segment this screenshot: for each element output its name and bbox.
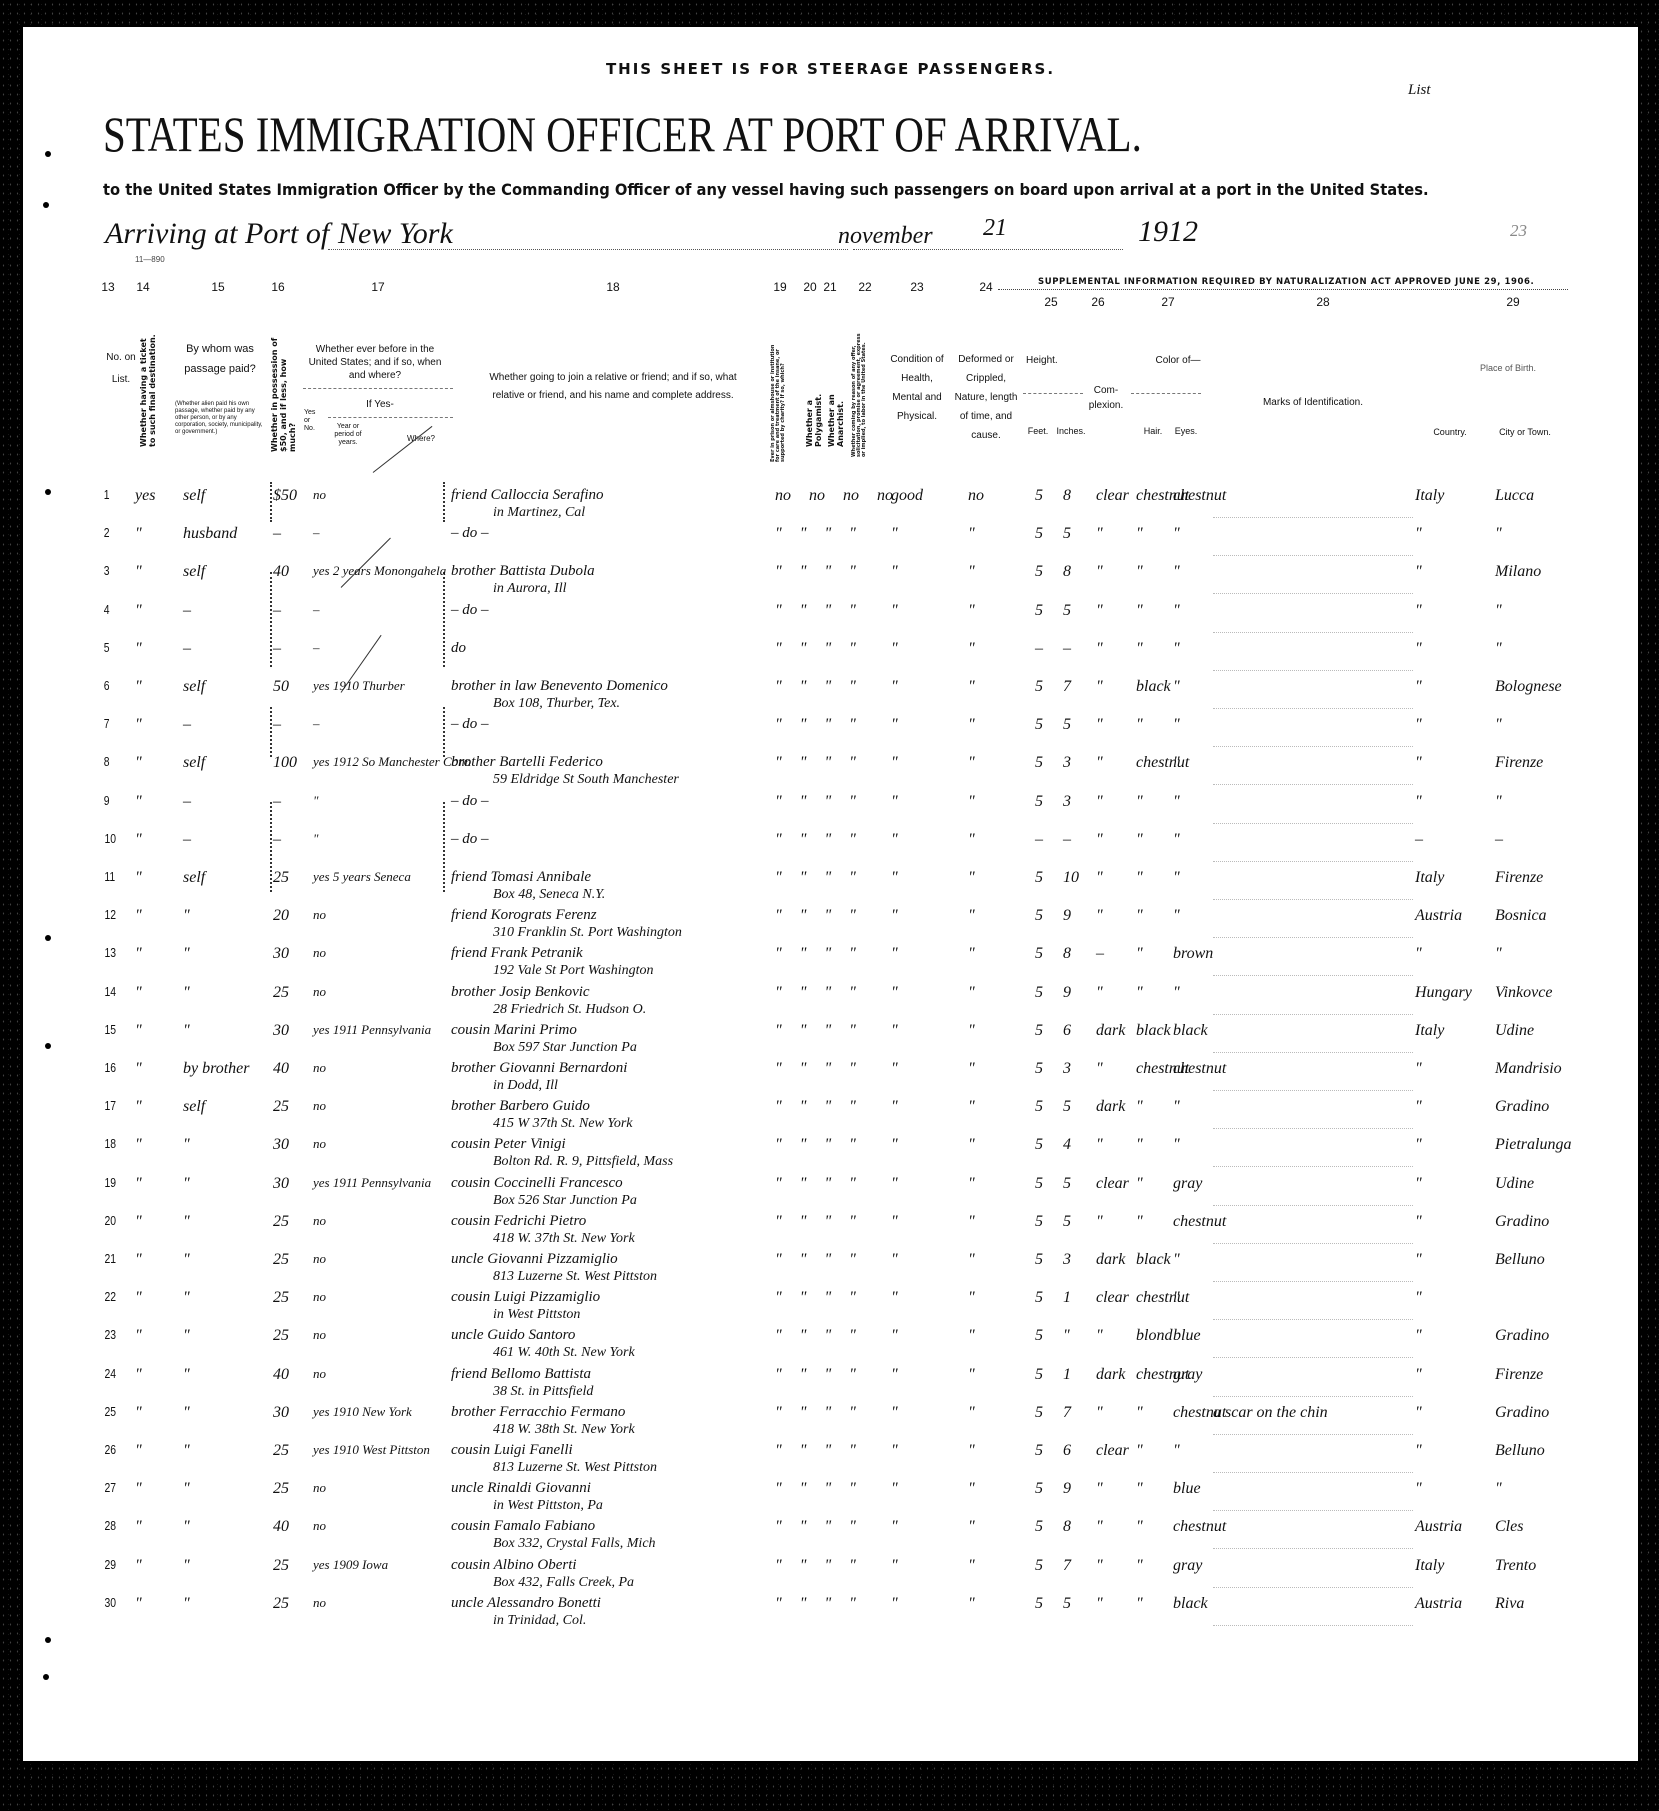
cell-health: " bbox=[891, 525, 898, 543]
table-row: 12""20nofriend Korograts Ferenz" " " """… bbox=[23, 907, 1638, 945]
cell-inches: 5 bbox=[1063, 1175, 1071, 1193]
row-rule bbox=[1213, 823, 1413, 825]
column-number: 23 bbox=[910, 280, 923, 294]
cell-hair: " bbox=[1136, 716, 1143, 734]
cell-join: – do – bbox=[451, 602, 489, 619]
cell-hair: " bbox=[1136, 1480, 1143, 1498]
cell-join-address: 38 St. in Pittsfield bbox=[493, 1384, 593, 1400]
cell-health: " bbox=[891, 1213, 898, 1231]
cell-deformed: " bbox=[968, 1480, 975, 1498]
cell-money: 20 bbox=[273, 907, 289, 925]
cell-hair: " bbox=[1136, 1442, 1143, 1460]
cell-eyes: " bbox=[1173, 525, 1180, 543]
cell-eyes: " bbox=[1173, 793, 1180, 811]
cell-health: " bbox=[891, 1595, 898, 1613]
cell-inches: " bbox=[1063, 1327, 1070, 1345]
cell-complexion: clear bbox=[1096, 487, 1129, 505]
cell-paid: – bbox=[183, 716, 191, 734]
header-passage-paid: By whom was passage paid? bbox=[175, 339, 265, 379]
cell-country: " bbox=[1415, 1251, 1422, 1269]
table-row: 27""25nouncle Rinaldi Giovanni" " " """5… bbox=[23, 1480, 1638, 1518]
cell-c19-22: " " " " bbox=[775, 1557, 856, 1575]
cell-join: friend Calloccia Serafino bbox=[451, 487, 603, 504]
cell-c19-22: " " " " bbox=[775, 869, 856, 887]
cell-complexion: " bbox=[1096, 1404, 1103, 1422]
cell-feet: 5 bbox=[1035, 1060, 1043, 1078]
cell-health: " bbox=[891, 678, 898, 696]
cell-complexion: dark bbox=[1096, 1366, 1125, 1384]
cell-inches: 8 bbox=[1063, 487, 1071, 505]
cell-paid: self bbox=[183, 678, 205, 696]
cell-paid: " bbox=[183, 1480, 190, 1498]
cell-before: – bbox=[313, 716, 320, 732]
cell-eyes: " bbox=[1173, 602, 1180, 620]
header-yes-no: Yes or No. bbox=[304, 409, 320, 433]
cell-money: 25 bbox=[273, 1442, 289, 1460]
cell-before: no bbox=[313, 1213, 326, 1229]
date-month: november bbox=[838, 223, 933, 250]
cell-hair: " bbox=[1136, 1557, 1143, 1575]
cell-deformed: no bbox=[968, 487, 984, 505]
cell-inches: 9 bbox=[1063, 1480, 1071, 1498]
cell-c19-22: " " " " bbox=[775, 945, 856, 963]
cell-before: no bbox=[313, 907, 326, 923]
cell-complexion: " bbox=[1096, 984, 1103, 1002]
cell-c19-22: " " " " bbox=[775, 1175, 856, 1193]
column-number: 15 bbox=[211, 280, 224, 294]
cell-paid: " bbox=[183, 1213, 190, 1231]
cell-feet: 5 bbox=[1035, 1098, 1043, 1116]
row-rule bbox=[1213, 937, 1413, 939]
cell-complexion: " bbox=[1096, 1213, 1103, 1231]
cell-hair: " bbox=[1136, 563, 1143, 581]
cell-money: 25 bbox=[273, 984, 289, 1002]
cell-hair: " bbox=[1136, 831, 1143, 849]
table-row: 15""30yes 1911 Pennsylvaniacousin Marini… bbox=[23, 1022, 1638, 1060]
cell-deformed: " bbox=[968, 716, 975, 734]
cell-money: 40 bbox=[273, 1060, 289, 1078]
row-rule bbox=[1213, 670, 1413, 672]
cell-city: Milano bbox=[1495, 563, 1541, 581]
cell-join: – do – bbox=[451, 716, 489, 733]
row-rule bbox=[1213, 861, 1413, 863]
cell-complexion: " bbox=[1096, 831, 1103, 849]
cell-join: friend Korograts Ferenz bbox=[451, 907, 597, 924]
cell-health: " bbox=[891, 793, 898, 811]
cell-country: " bbox=[1415, 754, 1422, 772]
cell-hair: black bbox=[1136, 678, 1171, 696]
column-number: 27 bbox=[1161, 295, 1174, 309]
row-rule bbox=[1213, 1205, 1413, 1207]
table-row: 22""25nocousin Luigi Pizzamiglio" " " ""… bbox=[23, 1289, 1638, 1327]
cell-country: " bbox=[1415, 1327, 1422, 1345]
cell-inches: – bbox=[1063, 831, 1071, 849]
cell-inches: 5 bbox=[1063, 602, 1071, 620]
cell-no: 9 bbox=[104, 793, 110, 808]
cell-eyes: chestnut bbox=[1173, 487, 1226, 505]
table-row: 24""40nofriend Bellomo Battista" " " """… bbox=[23, 1366, 1638, 1404]
header-rule bbox=[1023, 393, 1083, 394]
cell-hair: " bbox=[1136, 1518, 1143, 1536]
cell-country: " bbox=[1415, 1442, 1422, 1460]
row-rule bbox=[1213, 1587, 1413, 1589]
row-rule bbox=[1213, 1396, 1413, 1398]
table-row: 2"husband––– do –" " " """55""""" bbox=[23, 525, 1638, 563]
cell-hair: " bbox=[1136, 1595, 1143, 1613]
row-rule bbox=[1213, 1281, 1413, 1283]
cell-join: cousin Coccinelli Francesco bbox=[451, 1175, 623, 1192]
cell-ticket: " bbox=[135, 1442, 142, 1460]
header-no-on-list: No. on List. bbox=[101, 347, 141, 391]
cell-before: yes 1910 Thurber bbox=[313, 678, 405, 694]
cell-before: – bbox=[313, 640, 320, 656]
cell-join: uncle Alessandro Bonetti bbox=[451, 1595, 601, 1612]
cell-c19-22: " " " " bbox=[775, 525, 856, 543]
cell-no: 14 bbox=[104, 984, 116, 999]
cell-country: " bbox=[1415, 640, 1422, 658]
cell-complexion: " bbox=[1096, 907, 1103, 925]
cell-health: " bbox=[891, 945, 898, 963]
punch-hole bbox=[45, 151, 51, 157]
cell-complexion: " bbox=[1096, 1518, 1103, 1536]
table-row: 19""30yes 1911 Pennsylvaniacousin Coccin… bbox=[23, 1175, 1638, 1213]
cell-paid: " bbox=[183, 984, 190, 1002]
cell-money: – bbox=[273, 640, 281, 658]
column-number: 29 bbox=[1506, 295, 1519, 309]
cell-city: " bbox=[1495, 1480, 1502, 1498]
cell-hair: blond bbox=[1136, 1327, 1172, 1345]
cell-deformed: " bbox=[968, 1060, 975, 1078]
header-join-relative: Whether going to join a relative or frie… bbox=[478, 369, 748, 405]
cell-money: – bbox=[273, 793, 281, 811]
header-prison: Ever in prison or almshouse or instituti… bbox=[771, 337, 789, 462]
cell-country: " bbox=[1415, 793, 1422, 811]
cell-join-address: Box 108, Thurber, Tex. bbox=[493, 696, 620, 712]
cell-paid: – bbox=[183, 793, 191, 811]
cell-no: 20 bbox=[104, 1213, 116, 1228]
cell-health: " bbox=[891, 1098, 898, 1116]
cell-no: 26 bbox=[104, 1442, 116, 1457]
header-height: Height. bbox=[1026, 353, 1076, 368]
cell-no: 13 bbox=[104, 945, 116, 960]
cell-paid: " bbox=[183, 1518, 190, 1536]
cell-hair: " bbox=[1136, 869, 1143, 887]
cell-c19-22: " " " " bbox=[775, 1098, 856, 1116]
cell-country: " bbox=[1415, 1098, 1422, 1116]
row-rule bbox=[1213, 1434, 1413, 1436]
cell-feet: 5 bbox=[1035, 1595, 1043, 1613]
cell-health: " bbox=[891, 640, 898, 658]
cell-deformed: " bbox=[968, 1557, 975, 1575]
cell-before: yes 5 years Seneca bbox=[313, 869, 411, 885]
cell-money: 30 bbox=[273, 1136, 289, 1154]
cell-city: Mandrisio bbox=[1495, 1060, 1562, 1078]
header-deformed: Deformed or Crippled, Nature, length of … bbox=[951, 350, 1021, 445]
header-year: Year or period of years. bbox=[329, 423, 367, 447]
cell-paid: " bbox=[183, 1557, 190, 1575]
cell-c19-22: " " " " bbox=[775, 1213, 856, 1231]
cell-paid: " bbox=[183, 1404, 190, 1422]
cell-eyes: " bbox=[1173, 1098, 1180, 1116]
cell-eyes: " bbox=[1173, 1442, 1180, 1460]
cell-paid: " bbox=[183, 1366, 190, 1384]
cell-ticket: " bbox=[135, 1404, 142, 1422]
cell-before: no bbox=[313, 1327, 326, 1343]
header-inches: Inches. bbox=[1053, 424, 1089, 439]
cell-city: Vinkovce bbox=[1495, 984, 1552, 1002]
cell-join: cousin Peter Vinigi bbox=[451, 1136, 566, 1153]
table-row: 3"self40yes 2 years Monongahelabrother B… bbox=[23, 563, 1638, 601]
list-label: List bbox=[1408, 82, 1431, 99]
cell-inches: 6 bbox=[1063, 1442, 1071, 1460]
supplemental-rule bbox=[998, 289, 1568, 290]
cell-complexion: " bbox=[1096, 716, 1103, 734]
cell-join: brother Bartelli Federico bbox=[451, 754, 603, 771]
cell-money: – bbox=[273, 716, 281, 734]
cell-deformed: " bbox=[968, 831, 975, 849]
header-eyes: Eyes. bbox=[1171, 424, 1201, 439]
header-anarchist: Whether an Anarchist. bbox=[827, 352, 839, 447]
cell-inches: 8 bbox=[1063, 1518, 1071, 1536]
cell-ticket: " bbox=[135, 716, 142, 734]
column-number: 21 bbox=[823, 280, 836, 294]
cell-city: Bosnica bbox=[1495, 907, 1547, 925]
cell-join-address: 418 W. 38th St. New York bbox=[493, 1422, 635, 1438]
cell-country: Italy bbox=[1415, 1557, 1444, 1575]
cell-deformed: " bbox=[968, 525, 975, 543]
cell-money: 30 bbox=[273, 1175, 289, 1193]
cell-join: cousin Albino Oberti bbox=[451, 1557, 577, 1574]
header-polygamist: Whether a Polygamist. bbox=[805, 352, 817, 447]
cell-before: no bbox=[313, 1289, 326, 1305]
cell-eyes: chestnut bbox=[1173, 1060, 1226, 1078]
table-row: 16"by brother40nobrother Giovanni Bernar… bbox=[23, 1060, 1638, 1098]
cell-paid: self bbox=[183, 869, 205, 887]
cell-city: Pietralunga bbox=[1495, 1136, 1571, 1154]
column-number: 19 bbox=[773, 280, 786, 294]
cell-deformed: " bbox=[968, 640, 975, 658]
cell-c19-22: " " " " bbox=[775, 1518, 856, 1536]
cell-join: uncle Rinaldi Giovanni bbox=[451, 1480, 591, 1497]
cell-city: Firenze bbox=[1495, 869, 1543, 887]
cell-feet: 5 bbox=[1035, 487, 1043, 505]
cell-ticket: " bbox=[135, 1060, 142, 1078]
cell-join-address: 813 Luzerne St. West Pittston bbox=[493, 1269, 657, 1285]
row-rule bbox=[1213, 555, 1413, 557]
cell-money: 25 bbox=[273, 1480, 289, 1498]
cell-health: " bbox=[891, 1442, 898, 1460]
cell-inches: 5 bbox=[1063, 1098, 1071, 1116]
cell-money: 25 bbox=[273, 1098, 289, 1116]
table-row: 1yesself$50nofriend Calloccia Serafinono… bbox=[23, 487, 1638, 525]
cell-feet: 5 bbox=[1035, 1251, 1043, 1269]
cell-ticket: " bbox=[135, 1480, 142, 1498]
cell-city: Udine bbox=[1495, 1175, 1534, 1193]
cell-city: – bbox=[1495, 831, 1503, 849]
cell-deformed: " bbox=[968, 1175, 975, 1193]
header-health: Condition of Health, Mental and Physical… bbox=[887, 350, 947, 426]
cell-health: " bbox=[891, 1022, 898, 1040]
cell-before: no bbox=[313, 1251, 326, 1267]
cell-ticket: " bbox=[135, 945, 142, 963]
cell-deformed: " bbox=[968, 869, 975, 887]
cell-deformed: " bbox=[968, 754, 975, 772]
cell-join: – do – bbox=[451, 525, 489, 542]
table-row: 21""25nouncle Giovanni Pizzamiglio" " " … bbox=[23, 1251, 1638, 1289]
cell-ticket: " bbox=[135, 1327, 142, 1345]
cell-city: Firenze bbox=[1495, 754, 1543, 772]
cell-city: " bbox=[1495, 793, 1502, 811]
cell-c19-22: " " " " bbox=[775, 602, 856, 620]
cell-paid: self bbox=[183, 1098, 205, 1116]
cell-no: 22 bbox=[104, 1289, 116, 1304]
cell-no: 8 bbox=[104, 754, 110, 769]
cell-join-address: Box 597 Star Junction Pa bbox=[493, 1040, 637, 1056]
table-row: 4"–––– do –" " " """55""""" bbox=[23, 602, 1638, 640]
cell-paid: " bbox=[183, 1136, 190, 1154]
table-row: 7"–––– do –" " " """55""""" bbox=[23, 716, 1638, 754]
sheet-note: THIS SHEET IS FOR STEERAGE PASSENGERS. bbox=[23, 60, 1638, 78]
cell-inches: 1 bbox=[1063, 1289, 1071, 1307]
cell-paid: self bbox=[183, 563, 205, 581]
row-rule bbox=[1213, 1243, 1413, 1245]
cell-paid: " bbox=[183, 1175, 190, 1193]
manifest-sheet: THIS SHEET IS FOR STEERAGE PASSENGERS. L… bbox=[23, 27, 1638, 1761]
table-row: 29""25yes 1909 Iowacousin Albino Oberti"… bbox=[23, 1557, 1638, 1595]
table-row: 10"––"– do –" " " """––"""–– bbox=[23, 831, 1638, 869]
cell-country: " bbox=[1415, 1060, 1422, 1078]
cell-before: yes 1909 Iowa bbox=[313, 1557, 388, 1573]
cell-join: brother in law Benevento Domenico bbox=[451, 678, 668, 695]
cell-inches: – bbox=[1063, 640, 1071, 658]
cell-inches: 1 bbox=[1063, 1366, 1071, 1384]
table-row: 5"–––do" " " """––""""" bbox=[23, 640, 1638, 678]
column-number: 18 bbox=[606, 280, 619, 294]
cell-ticket: " bbox=[135, 1289, 142, 1307]
cell-feet: 5 bbox=[1035, 1136, 1043, 1154]
row-rule bbox=[1213, 1090, 1413, 1092]
cell-before: yes 1912 So Manchester Conn bbox=[313, 754, 471, 770]
cell-join: friend Frank Petranik bbox=[451, 945, 583, 962]
cell-ticket: " bbox=[135, 602, 142, 620]
header-feet: Feet. bbox=[1023, 424, 1053, 439]
cell-c19-22: " " " " bbox=[775, 754, 856, 772]
cell-money: $50 bbox=[273, 487, 297, 505]
cell-deformed: " bbox=[968, 1251, 975, 1269]
cell-join: friend Tomasi Annibale bbox=[451, 869, 591, 886]
cell-join-address: 415 W 37th St. New York bbox=[493, 1116, 633, 1132]
cell-eyes: chestnut bbox=[1173, 1213, 1226, 1231]
cell-join-address: 461 W. 40th St. New York bbox=[493, 1345, 635, 1361]
cell-city: Gradino bbox=[1495, 1404, 1549, 1422]
cell-c19-22: " " " " bbox=[775, 1442, 856, 1460]
cell-inches: 5 bbox=[1063, 1213, 1071, 1231]
cell-c19-22: " " " " bbox=[775, 1060, 856, 1078]
cell-complexion: " bbox=[1096, 1136, 1103, 1154]
cell-money: – bbox=[273, 525, 281, 543]
cell-no: 4 bbox=[104, 602, 110, 617]
cell-eyes: " bbox=[1173, 1251, 1180, 1269]
cell-deformed: " bbox=[968, 793, 975, 811]
cell-country: " bbox=[1415, 1289, 1422, 1307]
cell-complexion: " bbox=[1096, 1480, 1103, 1498]
cell-paid: self bbox=[183, 754, 205, 772]
table-row: 25""30yes 1910 New Yorkbrother Ferracchi… bbox=[23, 1404, 1638, 1442]
cell-paid: husband bbox=[183, 525, 237, 543]
cell-eyes: gray bbox=[1173, 1366, 1202, 1384]
cell-health: " bbox=[891, 1557, 898, 1575]
cell-country: " bbox=[1415, 1366, 1422, 1384]
cell-eyes: gray bbox=[1173, 1557, 1202, 1575]
cell-city: " bbox=[1495, 602, 1502, 620]
cell-before: no bbox=[313, 1366, 326, 1382]
cell-country: " bbox=[1415, 716, 1422, 734]
cell-health: " bbox=[891, 1251, 898, 1269]
cell-city: " bbox=[1495, 525, 1502, 543]
cell-before: " bbox=[313, 793, 318, 809]
row-rule bbox=[1213, 1319, 1413, 1321]
cell-feet: 5 bbox=[1035, 678, 1043, 696]
row-rule bbox=[1213, 1625, 1413, 1627]
cell-before: no bbox=[313, 984, 326, 1000]
cell-country: " bbox=[1415, 1404, 1422, 1422]
table-row: 17"self25nobrother Barbero Guido" " " ""… bbox=[23, 1098, 1638, 1136]
cell-deformed: " bbox=[968, 984, 975, 1002]
cell-hair: chestnut bbox=[1136, 754, 1189, 772]
cell-eyes: brown bbox=[1173, 945, 1213, 963]
row-rule bbox=[1213, 899, 1413, 901]
cell-join: – do – bbox=[451, 793, 489, 810]
cell-feet: – bbox=[1035, 831, 1043, 849]
cell-city: Lucca bbox=[1495, 487, 1534, 505]
cell-money: 40 bbox=[273, 1518, 289, 1536]
header-rule bbox=[1131, 393, 1201, 394]
cell-money: 25 bbox=[273, 1327, 289, 1345]
cell-join-address: Box 432, Falls Creek, Pa bbox=[493, 1575, 634, 1591]
cell-complexion: " bbox=[1096, 1595, 1103, 1613]
cell-health: " bbox=[891, 754, 898, 772]
header-country: Country. bbox=[1420, 425, 1480, 440]
cell-inches: 7 bbox=[1063, 678, 1071, 696]
cell-health: " bbox=[891, 984, 898, 1002]
cell-join-address: 192 Vale St Port Washington bbox=[493, 963, 654, 979]
cell-deformed: " bbox=[968, 1442, 975, 1460]
table-row: 26""25yes 1910 West Pittstoncousin Luigi… bbox=[23, 1442, 1638, 1480]
cell-feet: 5 bbox=[1035, 1480, 1043, 1498]
cell-inches: 5 bbox=[1063, 525, 1071, 543]
cell-feet: 5 bbox=[1035, 1175, 1043, 1193]
cell-ticket: " bbox=[135, 793, 142, 811]
cell-before: yes 1910 New York bbox=[313, 1404, 412, 1420]
cell-money: 40 bbox=[273, 563, 289, 581]
cell-country: " bbox=[1415, 563, 1422, 581]
cell-hair: black bbox=[1136, 1022, 1171, 1040]
cell-join: brother Josip Benkovic bbox=[451, 984, 590, 1001]
cell-feet: 5 bbox=[1035, 1557, 1043, 1575]
cell-city: Firenze bbox=[1495, 1366, 1543, 1384]
cell-before: yes 1911 Pennsylvania bbox=[313, 1022, 431, 1038]
cell-no: 6 bbox=[104, 678, 110, 693]
supplemental-header: SUPPLEMENTAL INFORMATION REQUIRED BY NAT… bbox=[1038, 277, 1534, 287]
cell-no: 11 bbox=[104, 869, 115, 884]
cell-country: Austria bbox=[1415, 1518, 1462, 1536]
cell-no: 23 bbox=[104, 1327, 116, 1342]
date-day: 21 bbox=[983, 215, 1007, 242]
cell-city: " bbox=[1495, 945, 1502, 963]
cell-before: " bbox=[313, 831, 318, 847]
cell-no: 30 bbox=[104, 1595, 116, 1610]
cell-money: – bbox=[273, 831, 281, 849]
